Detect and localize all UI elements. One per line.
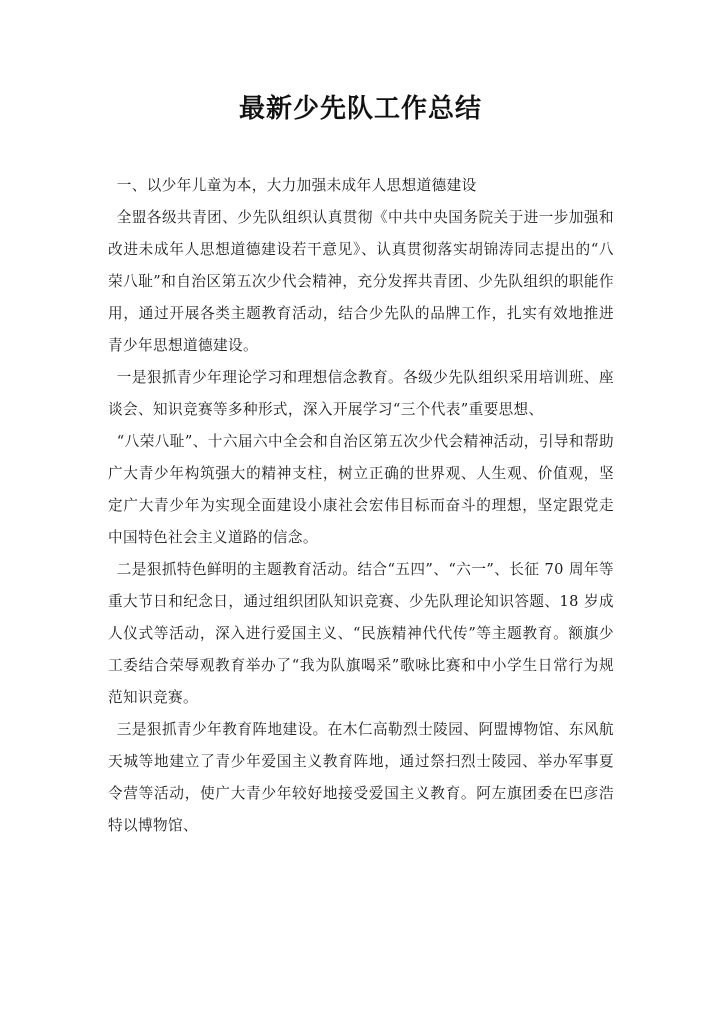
paragraph: 三是狠抓青少年教育阵地建设。在木仁高勒烈士陵园、阿盟博物馆、东风航天城等地建立了… xyxy=(108,714,614,842)
paragraph: 全盟各级共青团、少先队组织认真贯彻《中共中央国务院关于进一步加强和改进未成年人思… xyxy=(108,202,614,362)
document-title: 最新少先队工作总结 xyxy=(0,88,721,125)
paragraph: “八荣八耻”、十六届六中全会和自治区第五次少代会精神活动，引导和帮助广大青少年构… xyxy=(108,426,614,554)
paragraph: 二是狠抓特色鲜明的主题教育活动。结合“五四”、“六一”、长征 70 周年等重大节… xyxy=(108,554,614,714)
section-heading: 一、以少年儿童为本，大力加强未成年人思想道德建设 xyxy=(108,170,614,202)
document-page: 最新少先队工作总结 一、以少年儿童为本，大力加强未成年人思想道德建设 全盟各级共… xyxy=(0,0,721,1020)
paragraph: 一是狠抓青少年理论学习和理想信念教育。各级少先队组织采用培训班、座谈会、知识竞赛… xyxy=(108,362,614,426)
document-body: 一、以少年儿童为本，大力加强未成年人思想道德建设 全盟各级共青团、少先队组织认真… xyxy=(108,170,614,842)
